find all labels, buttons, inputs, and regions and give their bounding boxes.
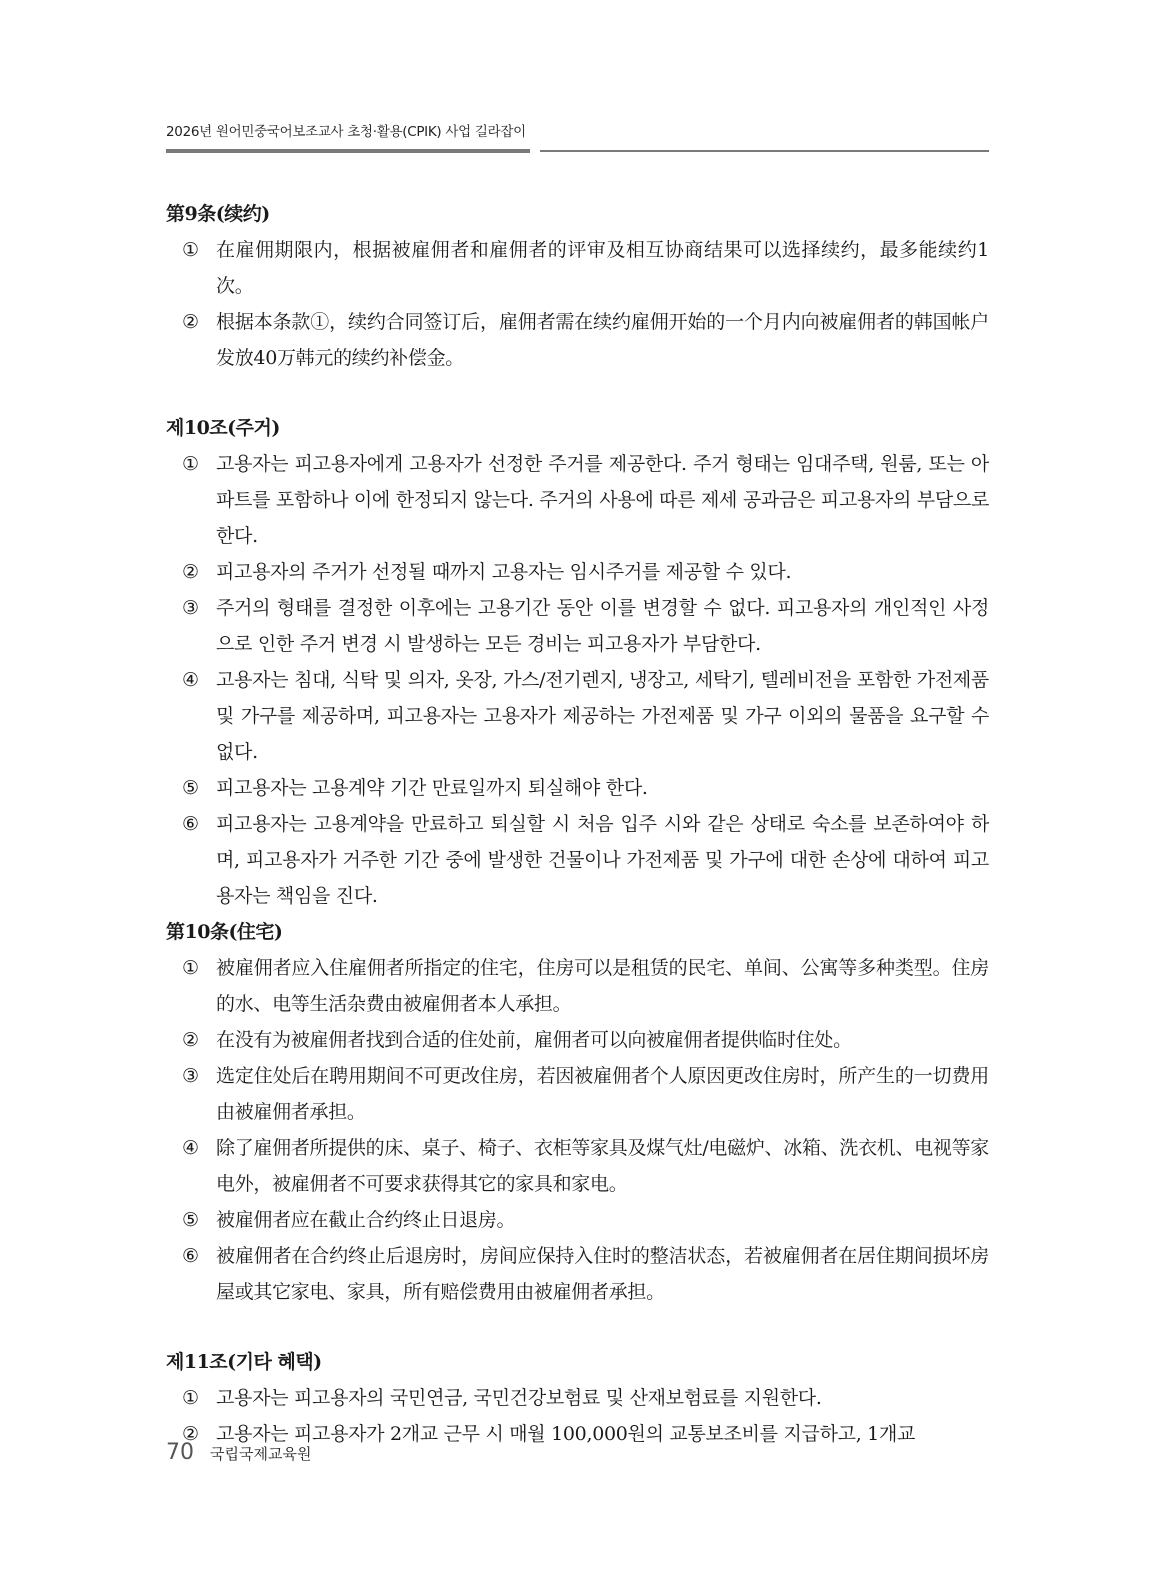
clause: ⑤ 피고용자는 고용계약 기간 만료일까지 퇴실해야 한다. <box>166 770 989 806</box>
article-title: 第9条(续约) <box>166 196 989 232</box>
clause-number: ④ <box>166 1130 216 1166</box>
clause-number: ⑥ <box>166 1238 216 1274</box>
clause-text: 고용자는 피고용자가 2개교 근무 시 매월 100,000원의 교통보조비를 … <box>216 1416 989 1452</box>
clause-text: 피고용자의 주거가 선정될 때까지 고용자는 임시주거를 제공할 수 있다. <box>216 554 989 590</box>
article-11-ko: 제11조(기타 혜택) ① 고용자는 피고용자의 국민연금, 국민건강보험료 및… <box>166 1344 989 1452</box>
clause-number: ① <box>166 950 216 986</box>
clause: ① 被雇佣者应入住雇佣者所指定的住宅，住房可以是租赁的民宅、单间、公寓等多种类型… <box>166 950 989 1022</box>
section-spacer <box>166 1310 989 1344</box>
page-footer: 70 국립국제교육원 <box>166 1440 311 1465</box>
clause-text: 除了雇佣者所提供的床、桌子、椅子、衣柜等家具及煤气灶/电磁炉、冰箱、洗衣机、电视… <box>216 1130 989 1202</box>
clause: ③ 选定住处后在聘用期间不可更改住房，若因被雇佣者个人原因更改住房时，所产生的一… <box>166 1058 989 1130</box>
article-title: 第10条(住宅) <box>166 914 989 950</box>
running-header-title: 2026년 원어민중국어보조교사 초청·활용(CPIK) 사업 길라잡이 <box>166 120 526 140</box>
clause: ④ 고용자는 침대, 식탁 및 의자, 옷장, 가스/전기렌지, 냉장고, 세탁… <box>166 662 989 770</box>
section-spacer <box>166 376 989 410</box>
clause: ② 피고용자의 주거가 선정될 때까지 고용자는 임시주거를 제공할 수 있다. <box>166 554 989 590</box>
clause-number: ① <box>166 446 216 482</box>
clause-number: ② <box>166 304 216 340</box>
clause: ⑥ 피고용자는 고용계약을 만료하고 퇴실할 시 처음 입주 시와 같은 상태로… <box>166 806 989 914</box>
clause-text: 在雇佣期限内，根据被雇佣者和雇佣者的评审及相互协商结果可以选择续约，最多能续约1… <box>216 232 989 304</box>
article-10-ko: 제10조(주거) ① 고용자는 피고용자에게 고용자가 선정한 주거를 제공한다… <box>166 410 989 914</box>
clause-text: 在没有为被雇佣者找到合适的住处前，雇佣者可以向被雇佣者提供临时住处。 <box>216 1022 989 1058</box>
clause: ① 고용자는 피고용자에게 고용자가 선정한 주거를 제공한다. 주거 형태는 … <box>166 446 989 554</box>
clause-text: 고용자는 침대, 식탁 및 의자, 옷장, 가스/전기렌지, 냉장고, 세탁기,… <box>216 662 989 770</box>
clause-number: ② <box>166 1022 216 1058</box>
clause-text: 选定住处后在聘用期间不可更改住房，若因被雇佣者个人原因更改住房时，所产生的一切费… <box>216 1058 989 1130</box>
clause-text: 고용자는 피고용자에게 고용자가 선정한 주거를 제공한다. 주거 형태는 임대… <box>216 446 989 554</box>
clause-text: 피고용자는 고용계약을 만료하고 퇴실할 시 처음 입주 시와 같은 상태로 숙… <box>216 806 989 914</box>
article-10-zh: 第10条(住宅) ① 被雇佣者应入住雇佣者所指定的住宅，住房可以是租赁的民宅、单… <box>166 914 989 1310</box>
clause-number: ④ <box>166 662 216 698</box>
clause-number: ② <box>166 554 216 590</box>
clause: ④ 除了雇佣者所提供的床、桌子、椅子、衣柜等家具及煤气灶/电磁炉、冰箱、洗衣机、… <box>166 1130 989 1202</box>
publisher-name: 국립국제교육원 <box>210 1443 311 1464</box>
header-rule-thick <box>166 149 530 153</box>
clause-number: ⑤ <box>166 1202 216 1238</box>
article-9-zh: 第9条(续约) ① 在雇佣期限内，根据被雇佣者和雇佣者的评审及相互协商结果可以选… <box>166 196 989 376</box>
header-rule-thin <box>540 150 989 152</box>
article-title: 제10조(주거) <box>166 410 989 446</box>
clause: ② 根据本条款①，续约合同签订后，雇佣者需在续约雇佣开始的一个月内向被雇佣者的韩… <box>166 304 989 376</box>
clause: ⑥ 被雇佣者在合约终止后退房时，房间应保持入住时的整洁状态，若被雇佣者在居住期间… <box>166 1238 989 1310</box>
clause-text: 被雇佣者应入住雇佣者所指定的住宅，住房可以是租赁的民宅、单间、公寓等多种类型。住… <box>216 950 989 1022</box>
clause-text: 被雇佣者在合约终止后退房时，房间应保持入住时的整洁状态，若被雇佣者在居住期间损坏… <box>216 1238 989 1310</box>
document-body: 第9条(续约) ① 在雇佣期限内，根据被雇佣者和雇佣者的评审及相互协商结果可以选… <box>166 196 989 1452</box>
article-title: 제11조(기타 혜택) <box>166 1344 989 1380</box>
clause-number: ① <box>166 232 216 268</box>
clause: ⑤ 被雇佣者应在截止合约终止日退房。 <box>166 1202 989 1238</box>
clause-text: 고용자는 피고용자의 국민연금, 국민건강보험료 및 산재보험료를 지원한다. <box>216 1380 989 1416</box>
clause-number: ③ <box>166 590 216 626</box>
clause: ② 在没有为被雇佣者找到合适的住处前，雇佣者可以向被雇佣者提供临时住处。 <box>166 1022 989 1058</box>
clause-number: ⑥ <box>166 806 216 842</box>
clause-text: 주거의 형태를 결정한 이후에는 고용기간 동안 이를 변경할 수 없다. 피고… <box>216 590 989 662</box>
clause-text: 被雇佣者应在截止合约终止日退房。 <box>216 1202 989 1238</box>
clause: ① 고용자는 피고용자의 국민연금, 국민건강보험료 및 산재보험료를 지원한다… <box>166 1380 989 1416</box>
clause-number: ① <box>166 1380 216 1416</box>
clause-text: 根据本条款①，续约合同签订后，雇佣者需在续约雇佣开始的一个月内向被雇佣者的韩国帐… <box>216 304 989 376</box>
page-number: 70 <box>166 1440 194 1465</box>
clause-text: 피고용자는 고용계약 기간 만료일까지 퇴실해야 한다. <box>216 770 989 806</box>
clause: ③ 주거의 형태를 결정한 이후에는 고용기간 동안 이를 변경할 수 없다. … <box>166 590 989 662</box>
clause-number: ⑤ <box>166 770 216 806</box>
clause-number: ③ <box>166 1058 216 1094</box>
clause: ① 在雇佣期限内，根据被雇佣者和雇佣者的评审及相互协商结果可以选择续约，最多能续… <box>166 232 989 304</box>
